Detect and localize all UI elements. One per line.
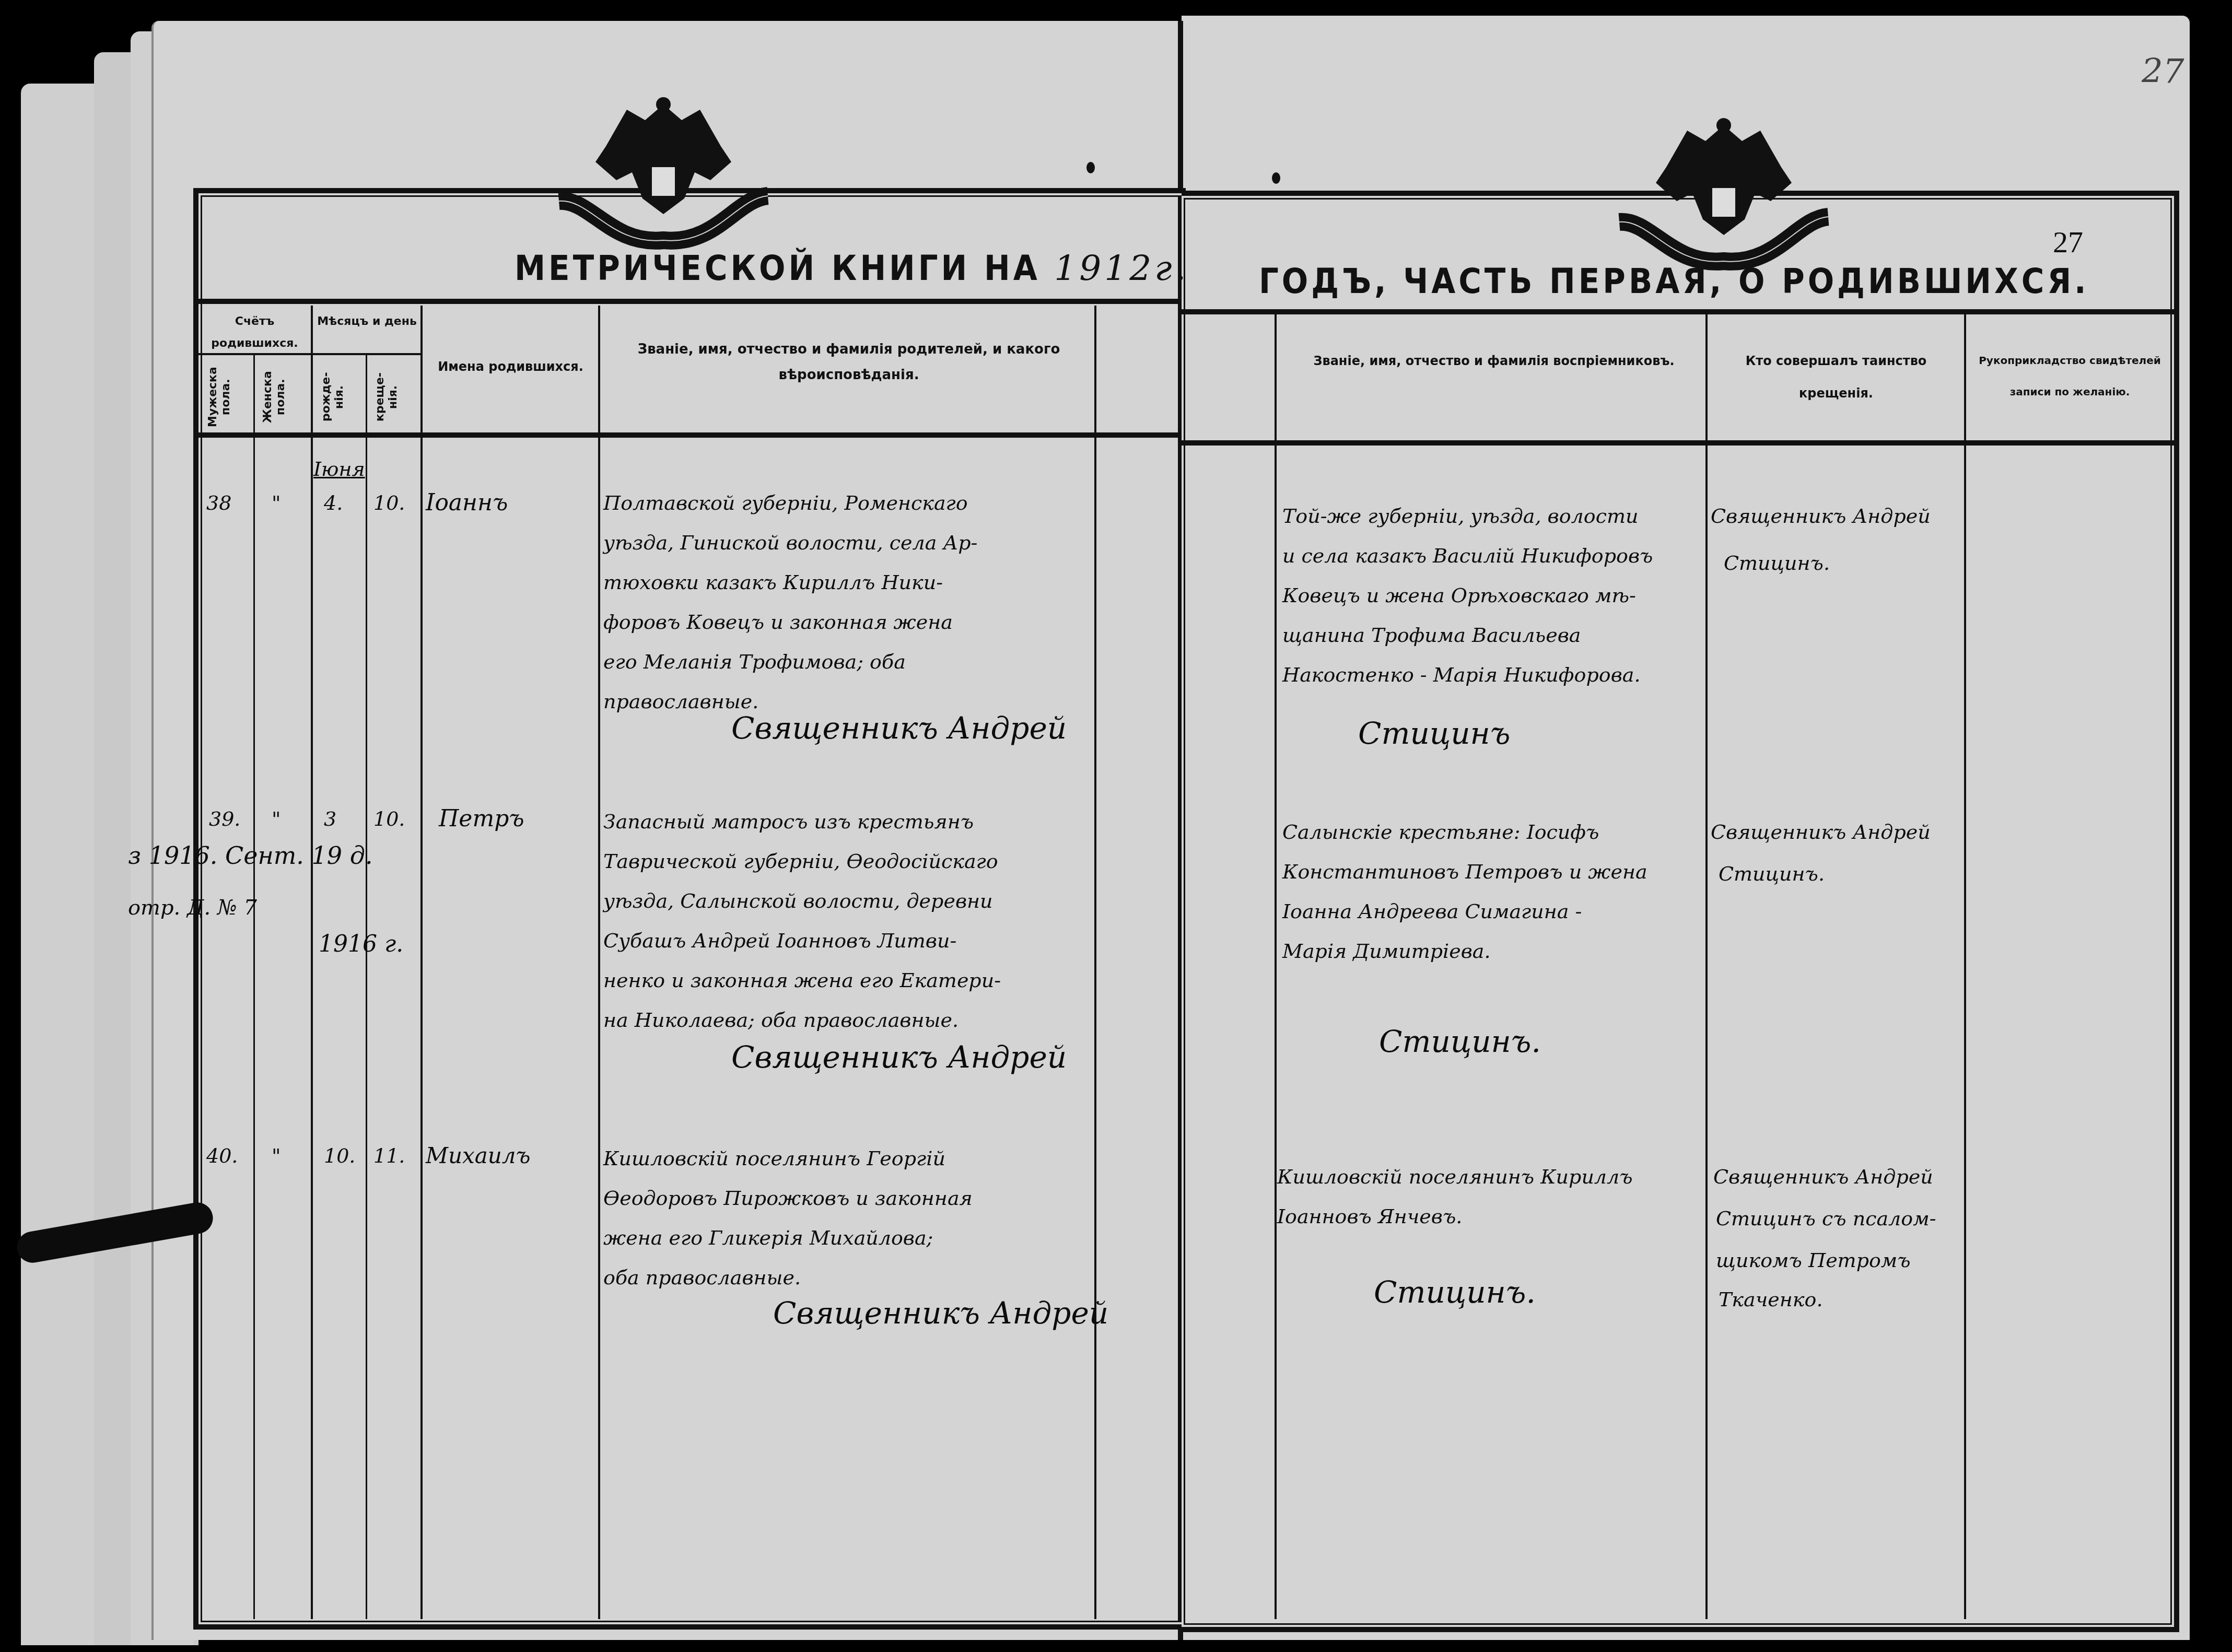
title-year-suffix: г. (1154, 248, 1189, 288)
header-godparents: Званіе, имя, отчество и фамилія воспріем… (1285, 345, 1703, 377)
double-headed-eagle-emblem-left (554, 89, 773, 256)
entry-38-number: 38 (206, 483, 231, 523)
header-names: Имена родившихся. (423, 355, 598, 379)
entry-39-parents-line: на Николаева; оба православные. (603, 1000, 959, 1040)
col-line (1705, 313, 1708, 1619)
entry-40-godparents-line: Кишловскій поселянинъ Кириллъ (1277, 1157, 1633, 1197)
entry-40-parents-line: Ѳеодоровъ Пирожковъ и законная (603, 1178, 973, 1218)
col-line (366, 355, 367, 1619)
col-line (1275, 313, 1277, 1619)
entry-38-officiant-line: Священникъ Андрей (1711, 496, 1931, 536)
entry-38-godparents-line: Накостенко - Марія Никифорова. (1282, 655, 1641, 695)
entry-39-parents-signature: Священникъ Андрей (731, 1039, 1067, 1075)
entry-38-name: Іоаннъ (426, 483, 508, 523)
title-left: МЕТРИЧЕСКОЙ КНИГИ НА 1912г. (515, 248, 1189, 288)
entry-39-female: " (272, 799, 281, 839)
entry-39-margin-note-line: отр. Д. № 7 (128, 888, 257, 928)
title-year: 1912 (1054, 248, 1154, 288)
entry-39-parents-line: Субашъ Андрей Іоанновъ Литви- (603, 921, 956, 960)
printed-page-number: 27 (2053, 225, 2083, 260)
entry-38-parents-line: тюховки казакъ Кириллъ Ники- (603, 563, 943, 602)
header-month-day: Мѣсяцъ и день (313, 311, 420, 333)
binding-hole (1272, 172, 1280, 184)
title-right: ГОДЪ, ЧАСТЬ ПЕРВАЯ, О РОДИВШИХСЯ. (1259, 261, 2089, 301)
header-birth: рожде-нія. (320, 363, 361, 431)
entry-38-godparents-line: Той-же губерніи, уѣзда, волости (1282, 496, 1638, 536)
entry-38-parents-line: Полтавской губерніи, Роменскаго (603, 483, 968, 523)
header-count-male: Мужеска пола. (206, 363, 248, 431)
col-line (311, 306, 313, 1619)
entry-39-officiant-line: Священникъ Андрей (1711, 812, 1931, 852)
handwritten-page-number: 27 (2142, 52, 2184, 91)
entry-38-baptism-day: 10. (373, 483, 405, 523)
entry-39-margin-note-line: з 1916. Сент. 19 д. (128, 836, 373, 875)
title-left-text: МЕТРИЧЕСКОЙ КНИГИ НА (515, 248, 1041, 288)
entry-39-parents-line: Таврической губерніи, Ѳеодосійскаго (603, 841, 998, 881)
double-headed-eagle-emblem-right (1614, 110, 1833, 277)
entry-39-baptism-day: 10. (373, 799, 405, 839)
entry-38-godparents-line: и села казакъ Василій Никифоровъ (1282, 536, 1653, 576)
entry-40-parents-line: Кишловскій поселянинъ Георгій (603, 1139, 945, 1178)
entry-40-godparents-signature: Стицинъ. (1374, 1274, 1536, 1310)
entry-39-godparents-line: Марія Димитріева. (1282, 931, 1490, 971)
entry-40-name: Михаилъ (426, 1136, 531, 1176)
entry-40-officiant-line: Священникъ Андрей (1713, 1157, 1933, 1197)
entry-39-birth-day: 3 (324, 799, 336, 839)
entry-38-parents-line: форовъ Ковецъ и законная жена (603, 602, 953, 642)
header-count-group: Счётъ родившихся. (198, 311, 311, 355)
entry-40-parents-signature: Священникъ Андрей (773, 1295, 1108, 1331)
entry-39-godparents-line: Салынскіе крестьяне: Іосифъ (1282, 812, 1599, 852)
header-parents: Званіе, имя, отчество и фамилія родителе… (606, 337, 1092, 389)
entry-38-godparents-line: щанина Трофима Васильева (1282, 615, 1581, 655)
col-line (253, 355, 255, 1619)
entry-39-parents-line: уѣзда, Салынской волости, деревни (603, 881, 993, 921)
col-line (598, 306, 600, 1619)
entry-39-number: 39. (209, 799, 240, 839)
entry-38-parents-signature: Священникъ Андрей (731, 710, 1067, 746)
entry-38-godparents-line: Ковецъ и жена Орѣховскаго мѣ- (1282, 576, 1636, 615)
entry-40-birth-day: 10. (324, 1136, 355, 1176)
entry-39-godparents-signature: Стицинъ. (1379, 1024, 1541, 1059)
entry-38-birth-day: 4. (324, 483, 343, 523)
binding-hole (1086, 162, 1095, 173)
header-officiant: Кто совершалъ таинство крещенія. (1711, 345, 1961, 410)
entry-40-number: 40. (206, 1136, 238, 1176)
entry-39-parents-line: ненко и законная жена его Екатери- (603, 960, 1001, 1000)
col-line (420, 306, 423, 1619)
header-top-rule (196, 299, 1178, 304)
entry-38-officiant-line: Стицинъ. (1724, 543, 1830, 583)
col-line (1094, 306, 1096, 1619)
entry-40-officiant-line: щикомъ Петромъ (1716, 1240, 1911, 1280)
entry-40-officiant-line: Стицинъ съ псалом- (1716, 1199, 1936, 1238)
entry-39-godparents-line: Іоанна Андреева Симагина - (1282, 892, 1582, 931)
header-bottom-rule (1182, 440, 2174, 446)
entry-40-godparents-line: Іоанновъ Янчевъ. (1277, 1197, 1462, 1236)
entry-38-female: " (272, 483, 281, 523)
entry-39-margin-note-line: 1916 г. (319, 924, 403, 964)
header-baptism: креще-нія. (373, 363, 415, 431)
entry-40-parents-line: оба православные. (603, 1258, 801, 1297)
col-line (1964, 313, 1966, 1619)
entry-39-name: Петръ (439, 799, 524, 839)
entry-40-parents-line: жена его Гликерія Михайлова; (603, 1218, 933, 1258)
header-count-female: Женска пола. (261, 363, 303, 431)
entry-38-parents-line: уѣзда, Гиниской волости, села Ар- (603, 523, 977, 563)
entry-38-parents-line: его Меланія Трофимова; оба (603, 642, 906, 682)
entry-38-godparents-signature: Стицинъ (1358, 716, 1510, 751)
header-top-rule (1182, 309, 2174, 314)
entry-40-baptism-day: 11. (373, 1136, 405, 1176)
header-bottom-rule (196, 432, 1178, 438)
header-witnesses: Рукоприкладство свидѣтелей записи по жел… (1969, 345, 2170, 407)
entry-39-parents-line: Запасный матросъ изъ крестьянъ (603, 802, 974, 841)
entry-40-female: " (272, 1136, 281, 1176)
entry-40-officiant-line: Ткаченко. (1719, 1280, 1823, 1319)
entry-39-godparents-line: Константиновъ Петровъ и жена (1282, 852, 1647, 892)
entry-39-officiant-line: Стицинъ. (1719, 854, 1825, 894)
